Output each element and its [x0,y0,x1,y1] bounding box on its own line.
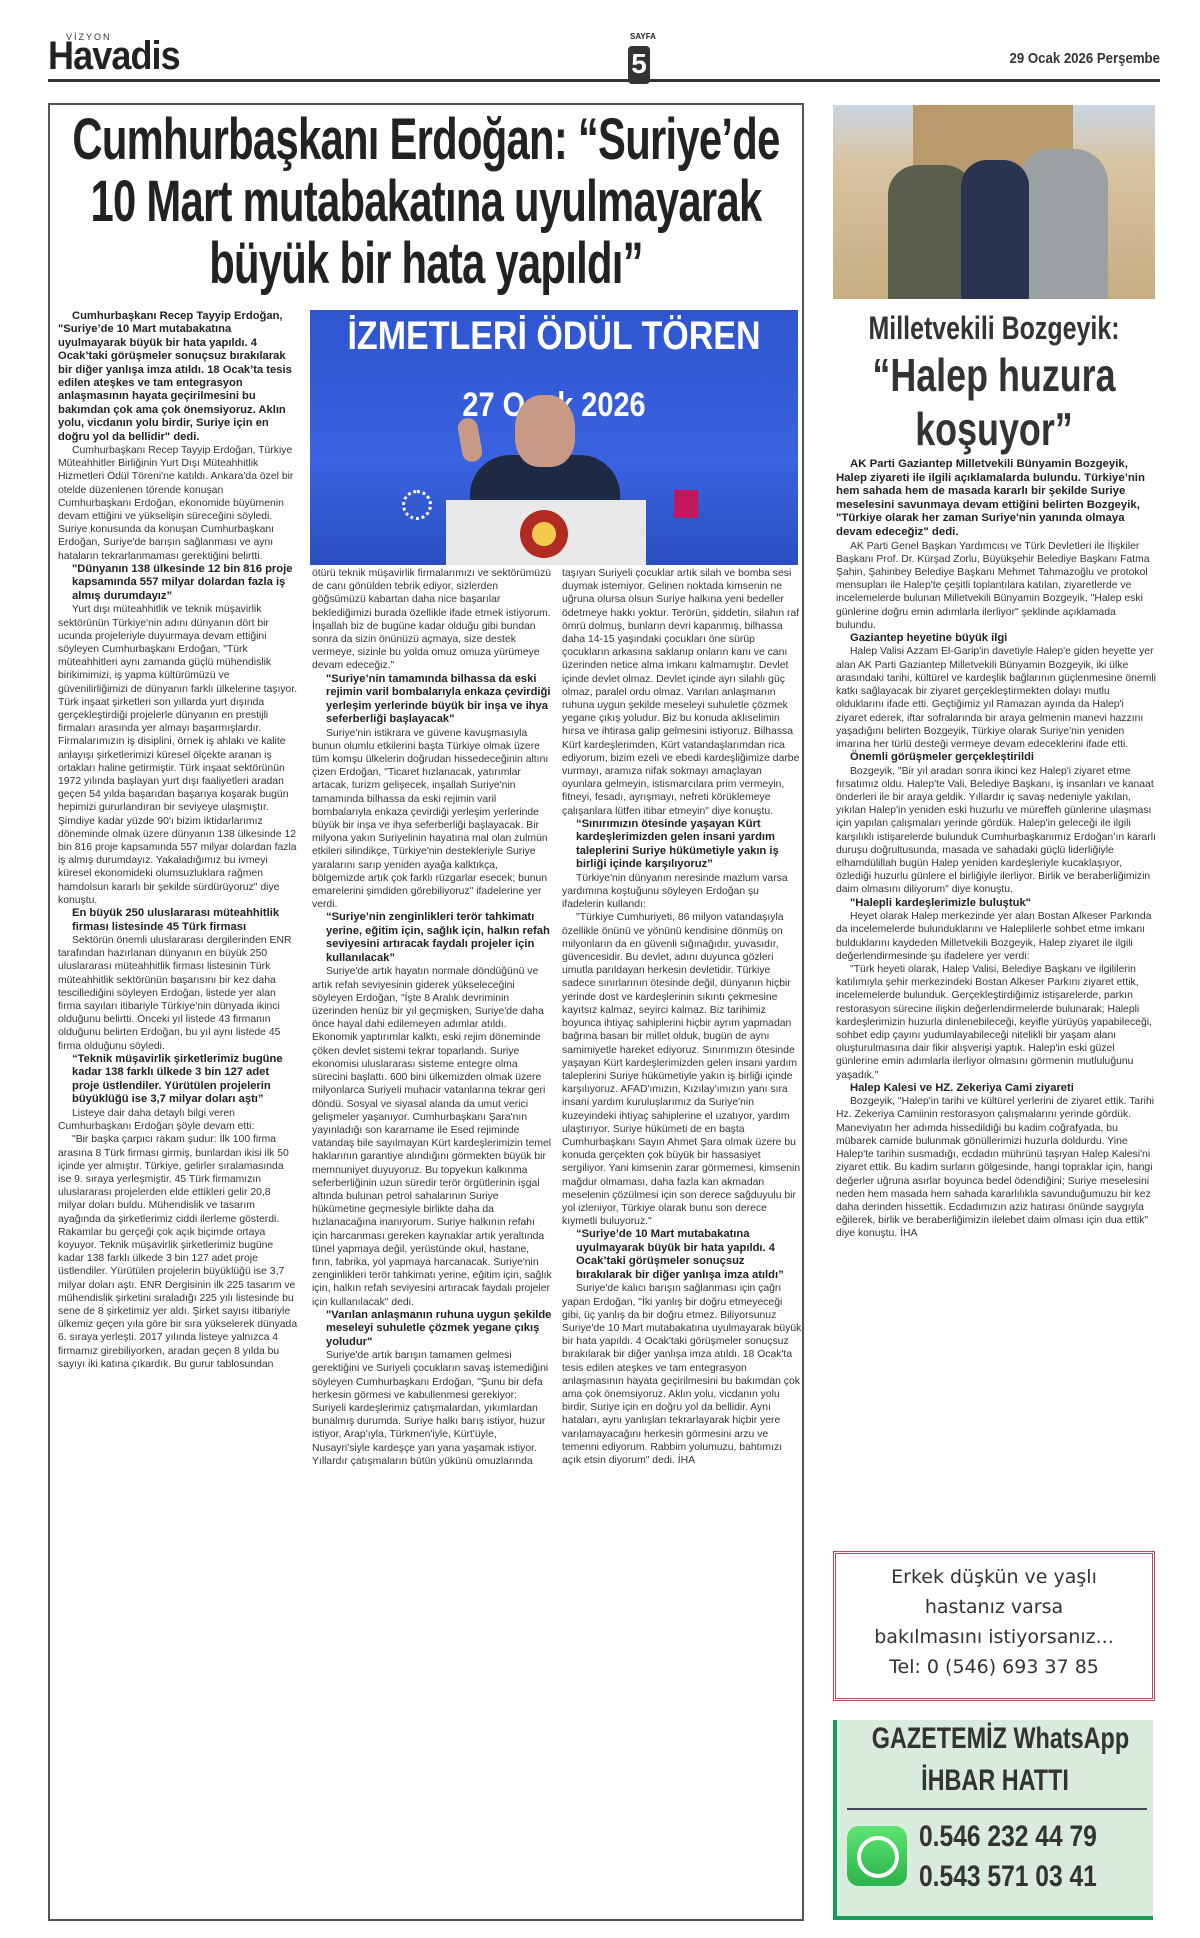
whatsapp-phone-2: 0.543 571 03 41 [919,1860,1108,1894]
speaker-head [515,395,575,467]
paragraph: Yurt dışı müteahhitlik ve teknik müşavir… [58,603,298,907]
care-ad-phone: Tel: 0 (546) 693 37 85 [836,1652,1152,1682]
side-headline-line3: koşuyor” [868,402,1119,456]
paragraph: Halep Valisi Azzam El-Garip'in davetiyle… [836,645,1156,751]
divider [847,1808,1147,1810]
person-center [961,160,1029,299]
photo-banner-text: İZMETLERİ ÖDÜL TÖREN [347,314,762,359]
subheading: Halep Kalesi ve HZ. Zekeriya Cami ziyare… [836,1082,1156,1096]
paragraph: Suriye'de artık barışın tamamen gelmesi … [312,1349,552,1468]
whatsapp-ad: GAZETEMİZ WhatsApp İHBAR HATTI 0.546 232… [833,1720,1153,1920]
subheading: Önemli görüşmeler gerçekleştirildi [836,751,1156,765]
article-lead: Cumhurbaşkanı Recep Tayyip Erdoğan, "Sur… [58,310,298,444]
contractors-logo-icon [674,490,698,518]
care-ad: Erkek düşkün ve yaşlı hastanız varsa bak… [833,1551,1155,1701]
subheading: "Halepli kardeşlerimizle buluştuk" [836,897,1156,911]
paragraph: "Türk heyeti olarak, Halep Valisi, Beled… [836,963,1156,1082]
paragraph: Suriye'de artık hayatın normale döndüğün… [312,965,552,1308]
newspaper-logo: Havadis [48,34,180,78]
paragraph: Listeye dair daha detaylı bilgi veren Cu… [58,1107,298,1133]
main-headline: Cumhurbaşkanı Erdoğan: “Suriye’de 10 Mar… [52,109,801,295]
whatsapp-icon [847,1826,907,1886]
paragraph: "Türkiye Cumhuriyeti, 86 milyon vatandaş… [562,911,802,1228]
subheading: “Suriye’de 10 Mart mutabakatına uyulmaya… [562,1228,802,1282]
care-ad-line3: bakılmasını istiyorsanız... [836,1622,1152,1652]
article-photo: İZMETLERİ ÖDÜL TÖREN 27 Ocak 2026 [310,310,798,565]
subheading: “Teknik müşavirlik şirketlerimiz bugüne … [58,1053,298,1107]
subheading: En büyük 250 uluslararası müteahhitlik f… [58,907,298,934]
paragraph: Bozgeyik, "Bir yıl aradan sonra ikinci k… [836,765,1156,897]
paragraph: Sektörün önemli uluslararası dergilerind… [58,934,298,1053]
care-ad-line1: Erkek düşkün ve yaşlı [836,1562,1152,1592]
subheading: "Suriye’nin tamamında bilhassa da eski r… [312,673,552,727]
side-headline-line2: “Halep huzura [868,348,1119,402]
paragraph: Bozgeyik, "Halep'in tarihi ve kültürel y… [836,1095,1156,1240]
subheading: "Dünyanın 138 ülkesinde 12 bin 816 proje… [58,563,298,604]
side-headline-line1: Milletvekili Bozgeyik: [868,308,1119,348]
whatsapp-phone-1: 0.546 232 44 79 [919,1820,1108,1854]
article-column-3: taşıyan Suriyeli çocuklar artık silah ve… [562,567,802,1467]
presidential-seal-icon [520,510,568,558]
care-ad-line2: hastanız varsa [836,1592,1152,1622]
paragraph: Türkiye'nin dünyanın neresinde mazlum va… [562,872,802,912]
subheading: “Suriye’nin zenginlikleri terör tahkimat… [312,911,552,965]
side-headline: Milletvekili Bozgeyik: “Halep huzura koş… [833,308,1155,456]
paragraph: taşıyan Suriyeli çocuklar artık silah ve… [562,567,802,818]
side-article-photo [833,105,1155,299]
paragraph: Heyet olarak Halep merkezinde yer alan B… [836,910,1156,963]
paragraph: "Bir başka çarpıcı rakam şudur: İlk 100 … [58,1133,298,1371]
subheading: "Varılan anlaşmanın ruhuna uygun şekilde… [312,1309,552,1350]
ministry-logo-icon [402,490,432,520]
article-column-2: ötürü teknik müşavirlik firmalarımızı ve… [312,567,552,1468]
paragraph: Suriye'de kalıcı barışın sağlanması için… [562,1282,802,1467]
paragraph: Cumhurbaşkanı Recep Tayyip Erdoğan, Türk… [58,444,298,563]
paragraph: ötürü teknik müşavirlik firmalarımızı ve… [312,567,552,673]
whatsapp-ad-title: GAZETEMİZ WhatsApp [872,1722,1118,1756]
paragraph: AK Parti Genel Başkan Yardımcısı ve Türk… [836,540,1156,632]
whatsapp-ad-subtitle: İHBAR HATTI [872,1764,1118,1798]
page-label: SAYFA [630,32,656,41]
subheading: Gaziantep heyetine büyük ilgi [836,632,1156,646]
paragraph: Suriye'nin istikrara ve güvene kavuşması… [312,727,552,912]
masthead: VİZYON Havadis SAYFA 5 29 Ocak 2026 Perş… [48,26,1160,82]
issue-date: 29 Ocak 2026 Perşembe [1010,50,1160,67]
subheading: “Sınırımızın ötesinde yaşayan Kürt karde… [562,818,802,872]
page-number: 5 [628,46,650,84]
person-right [1018,149,1108,299]
side-lead: AK Parti Gaziantep Milletvekili Bünyamin… [836,458,1156,540]
article-column-1: Cumhurbaşkanı Recep Tayyip Erdoğan, "Sur… [58,310,298,1371]
side-article-body: AK Parti Gaziantep Milletvekili Bünyamin… [836,458,1156,1241]
